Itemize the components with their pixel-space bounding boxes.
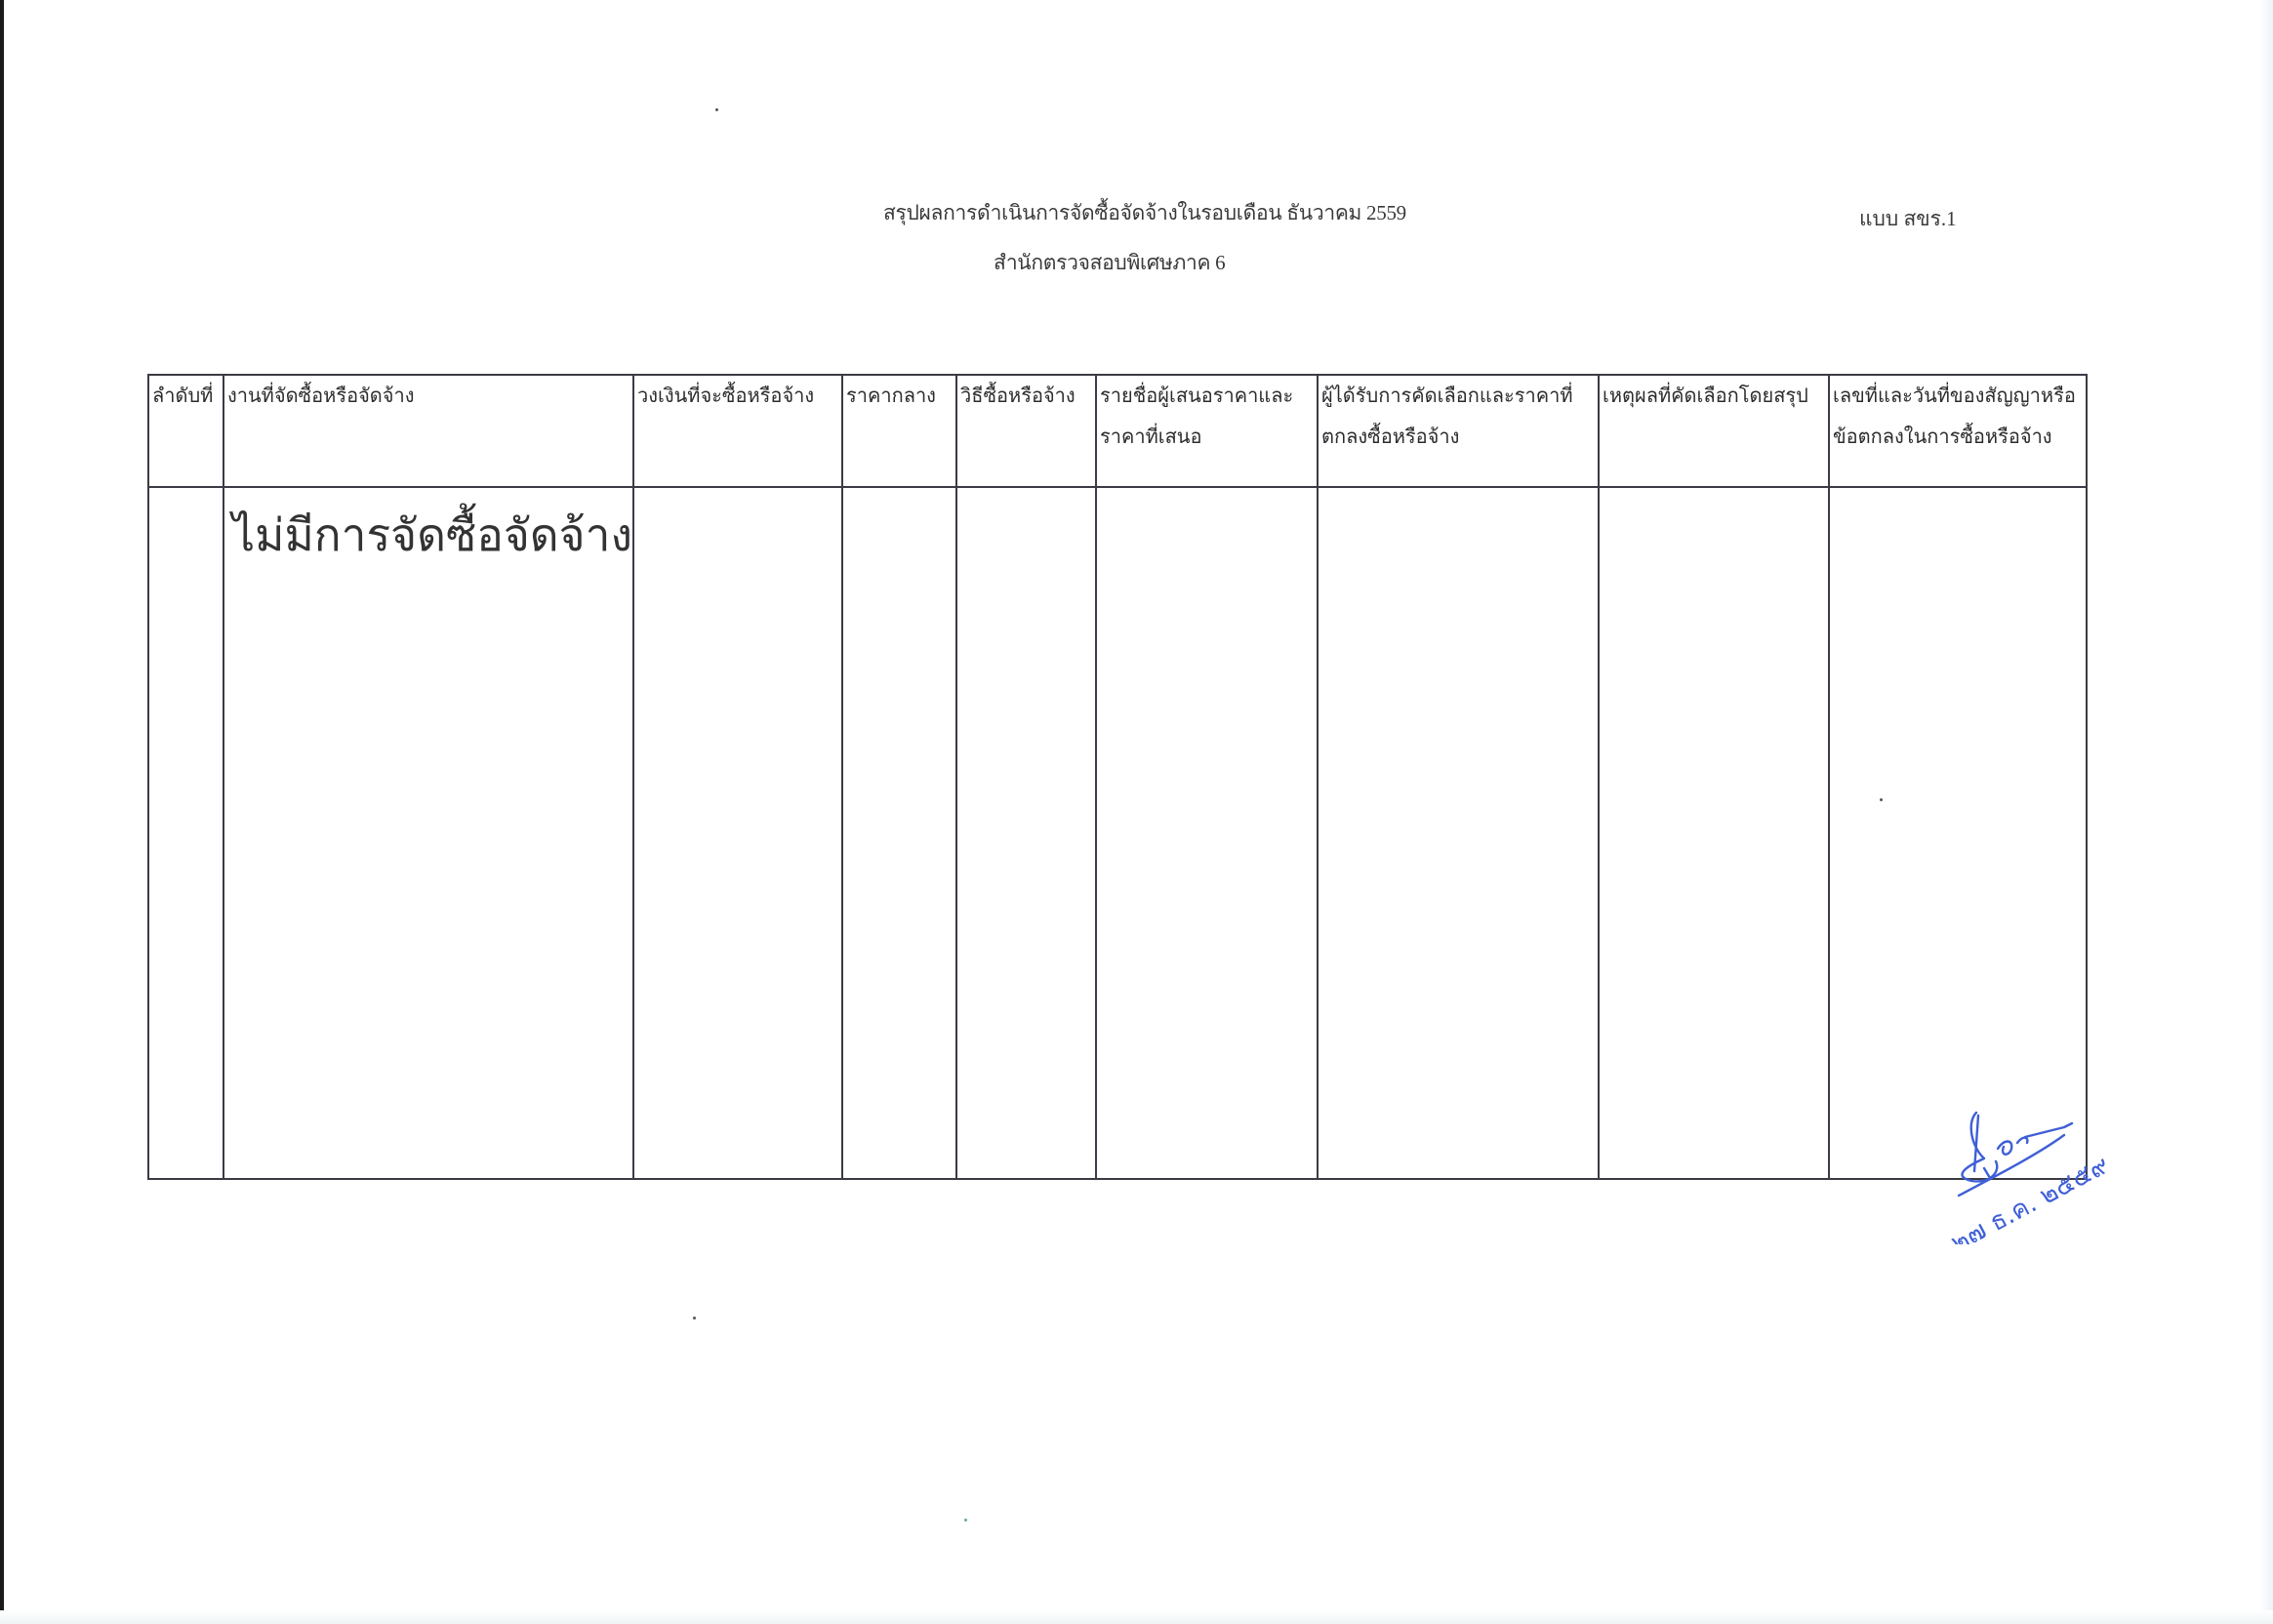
scan-edge-bottom [0, 1610, 2273, 1624]
scan-edge-right [2259, 0, 2273, 1624]
handwritten-signature: ๒๗ ธ.ค. ๒๕๕๙ [1928, 1078, 2142, 1244]
col-header-selected-vendor: ผู้ได้รับการคัดเลือกและราคาที่ตกลงซื้อหร… [1318, 375, 1599, 487]
col-header-method: วิธีซื้อหรือจ้าง [956, 375, 1096, 487]
table-header-row: ลำดับที่ งานที่จัดซื้อหรือจัดจ้าง วงเงิน… [148, 375, 2087, 487]
scan-speck [715, 108, 718, 111]
scan-speck [693, 1317, 696, 1319]
col-header-contract: เลขที่และวันที่ของสัญญาหรือข้อตกลงในการซ… [1829, 375, 2087, 487]
col-header-reason: เหตุผลที่คัดเลือกโดยสรุป [1599, 375, 1829, 487]
table-row: ไม่มีการจัดซื้อจัดจ้าง [148, 487, 2087, 1179]
cell-sequence [148, 487, 223, 1179]
cell-contract [1829, 487, 2087, 1179]
cell-method [956, 487, 1096, 1179]
scan-edge-left [0, 0, 4, 1624]
document-title: สรุปผลการดำเนินการจัดซื้อจัดจ้างในรอบเดื… [883, 197, 1430, 229]
document-subtitle: สำนักตรวจสอบพิเศษภาค 6 [994, 247, 1225, 279]
col-header-reference-price: ราคากลาง [842, 375, 956, 487]
cell-bidders [1096, 487, 1318, 1179]
cell-reason [1599, 487, 1829, 1179]
cell-selected-vendor [1318, 487, 1599, 1179]
procurement-table: ลำดับที่ งานที่จัดซื้อหรือจัดจ้าง วงเงิน… [147, 374, 2088, 1180]
col-header-item: งานที่จัดซื้อหรือจัดจ้าง [223, 375, 633, 487]
scan-speck [1880, 798, 1883, 801]
col-header-bidders: รายชื่อผู้เสนอราคาและราคาที่เสนอ [1096, 375, 1318, 487]
scan-speck [964, 1519, 967, 1522]
cell-budget [633, 487, 842, 1179]
cell-reference-price [842, 487, 956, 1179]
form-code: แบบ สขร.1 [1859, 203, 1957, 235]
col-header-sequence: ลำดับที่ [148, 375, 223, 487]
col-header-budget: วงเงินที่จะซื้อหรือจ้าง [633, 375, 842, 487]
cell-item: ไม่มีการจัดซื้อจัดจ้าง [223, 487, 633, 1179]
